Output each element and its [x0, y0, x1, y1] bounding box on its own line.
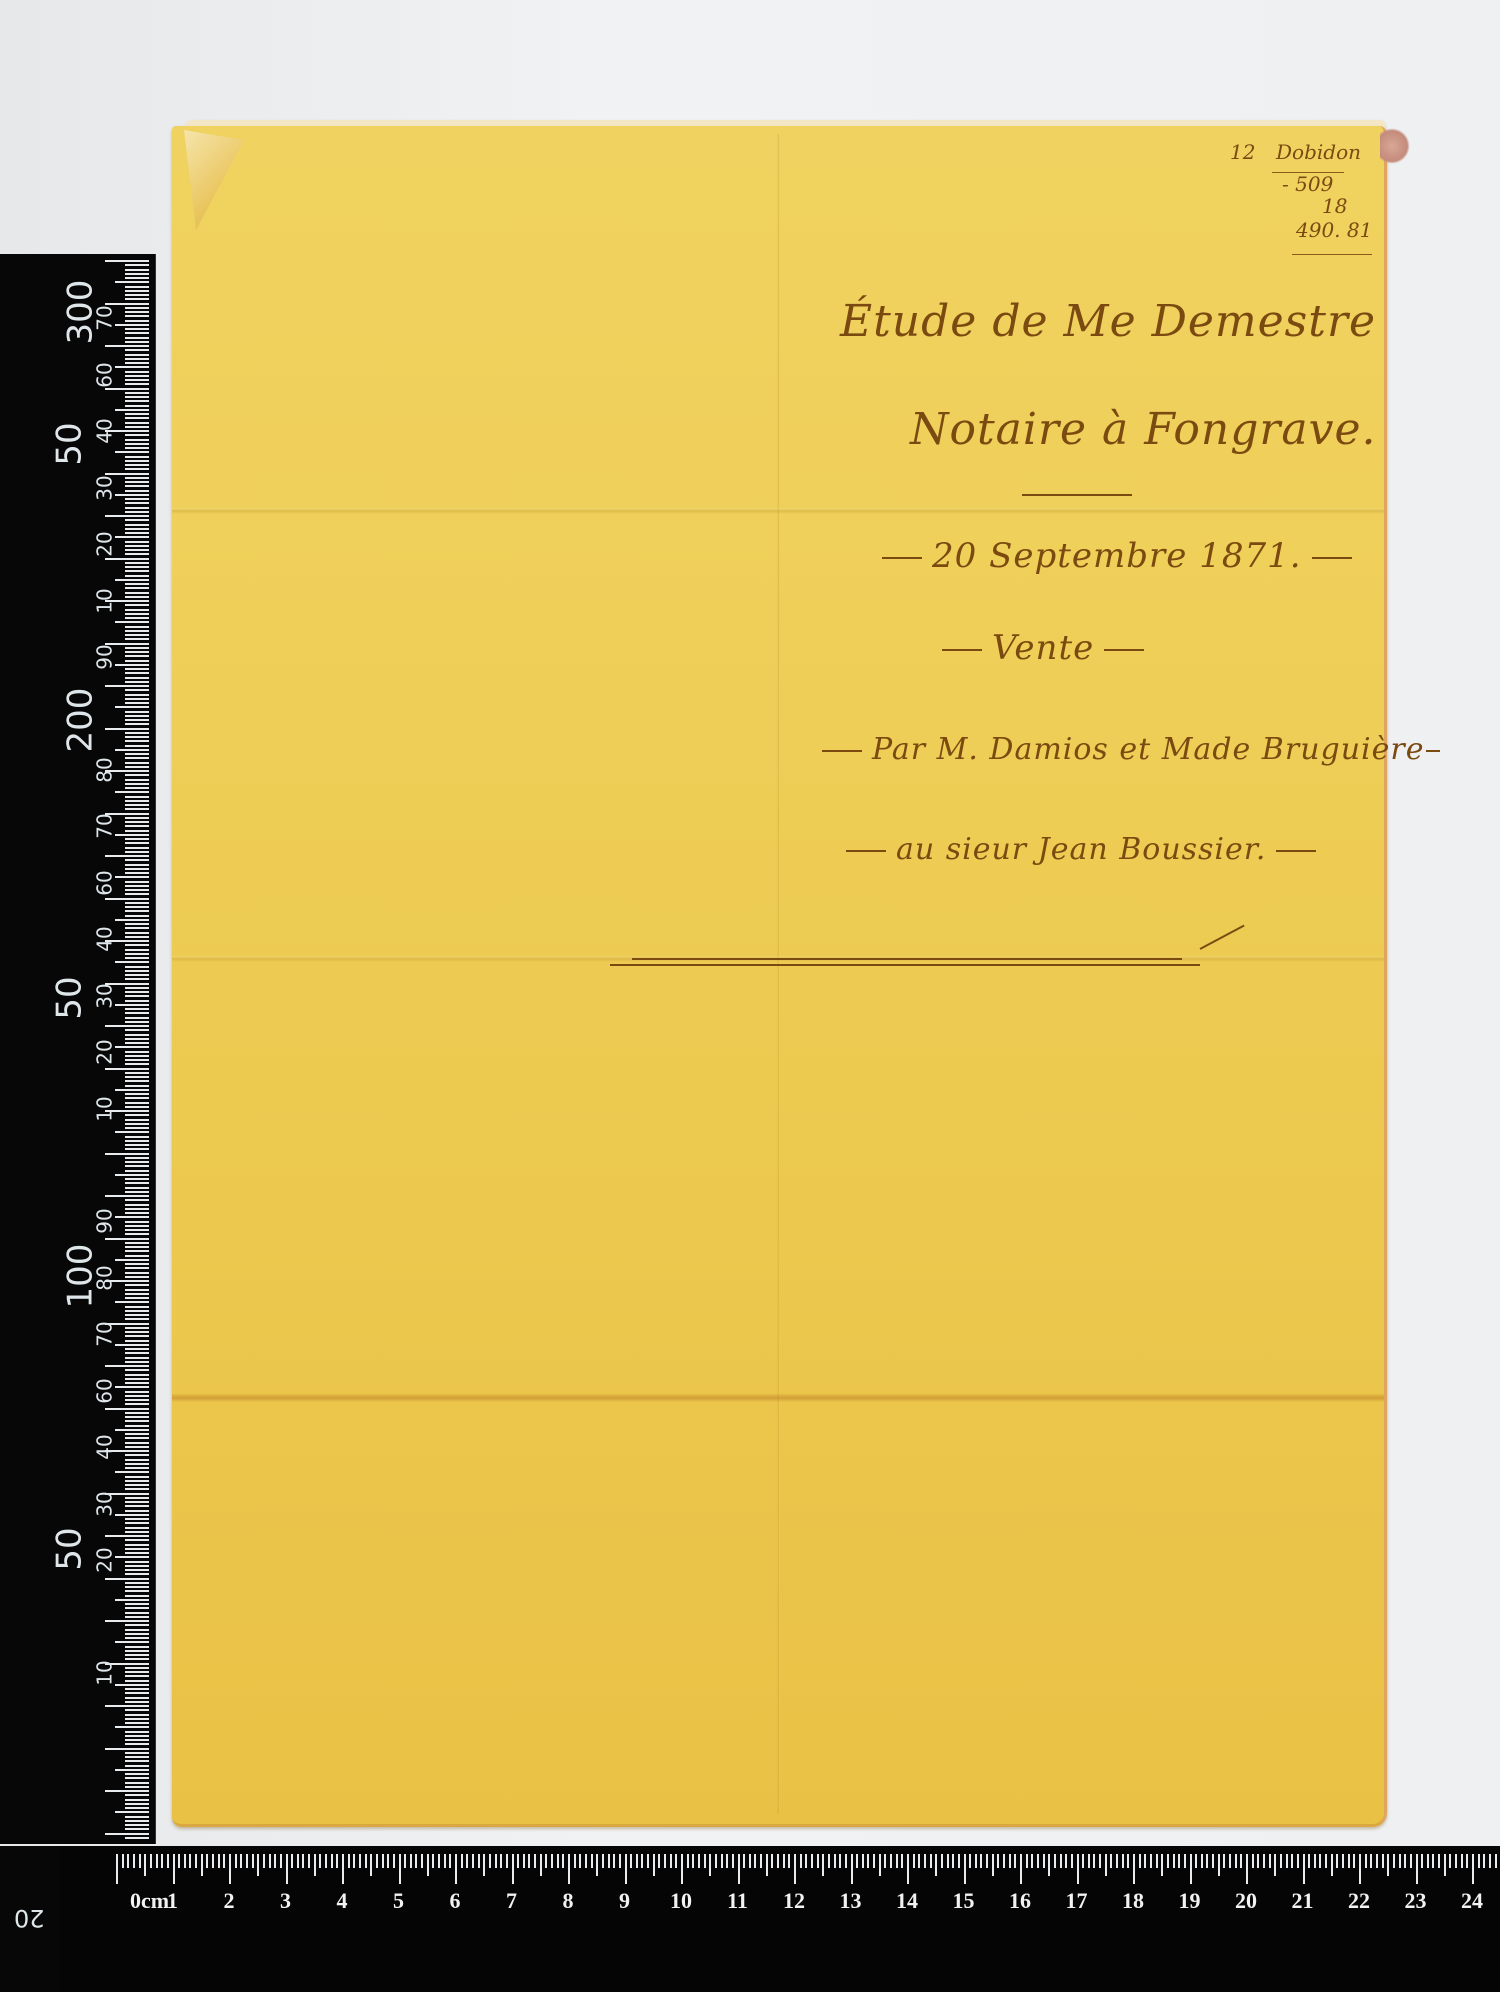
ruler-tick	[105, 1620, 149, 1622]
ruler-tick	[952, 1854, 954, 1868]
ruler-tick	[738, 1854, 740, 1884]
vertical-fold-line	[777, 134, 780, 1814]
ruler-tick	[125, 290, 149, 292]
ruler-tick	[201, 1854, 203, 1876]
ruler-tick	[1274, 1854, 1276, 1876]
ruler-tick	[125, 719, 149, 721]
sellers: Par M. Damios et Made Bruguière	[872, 732, 1424, 767]
dash	[942, 649, 982, 651]
ruler-tick	[125, 1221, 149, 1223]
ruler-tick	[1495, 1854, 1497, 1868]
ruler-tick	[1144, 1854, 1146, 1868]
ruler-tick	[156, 1854, 158, 1868]
ruler-tick	[125, 1722, 149, 1724]
ruler-tick	[125, 1539, 149, 1541]
ruler-tick	[125, 1565, 149, 1567]
ruler-tick	[636, 1854, 638, 1868]
ruler-tick	[195, 1854, 197, 1868]
ruler-tick	[125, 757, 149, 759]
ruler-minor-label: 60	[93, 362, 117, 387]
ruler-tick	[105, 855, 149, 857]
ruler-tick	[125, 995, 149, 997]
ruler-tick	[125, 1752, 149, 1754]
ruler-tick	[125, 779, 149, 781]
ruler-tick	[500, 1854, 502, 1868]
ruler-tick	[105, 728, 149, 730]
ruler-tick	[1263, 1854, 1265, 1868]
ruler-minor-label: 30	[93, 983, 117, 1008]
ruler-tick	[125, 604, 149, 606]
ruler-tick	[125, 1527, 149, 1529]
ruler-tick	[777, 1854, 779, 1868]
ruler-tick	[1269, 1854, 1271, 1868]
ruler-tick	[1404, 1854, 1406, 1868]
ruler-tick	[1432, 1854, 1434, 1868]
ruler-tick	[125, 830, 149, 832]
ruler-tick	[125, 1229, 149, 1231]
ruler-label: 5	[393, 1888, 404, 1914]
ruler-tick	[125, 957, 149, 959]
ruler-tick	[125, 1199, 149, 1201]
ruler-tick	[173, 1854, 175, 1884]
ruler-tick	[512, 1854, 514, 1884]
ruler-tick	[125, 562, 149, 564]
ruler-tick	[115, 664, 149, 666]
ruler-tick	[125, 443, 149, 445]
dash	[846, 850, 886, 852]
ruler-tick	[1246, 1854, 1248, 1884]
ruler-tick	[115, 1216, 149, 1218]
ruler-tick	[489, 1854, 491, 1868]
ruler-label: 21	[1292, 1888, 1314, 1914]
ruler-tick	[125, 524, 149, 526]
ruler-tick	[455, 1854, 457, 1884]
ruler-tick	[115, 749, 149, 751]
ruler-tick	[1190, 1854, 1192, 1884]
ruler-tick	[540, 1854, 542, 1876]
ruler-tick	[602, 1854, 604, 1868]
ruler-tick	[105, 685, 149, 687]
ruler-tick	[125, 1335, 149, 1337]
ruler-tick	[788, 1854, 790, 1868]
ruler-tick	[1139, 1854, 1141, 1868]
ruler-tick	[125, 277, 149, 279]
ruler-tick	[263, 1854, 265, 1868]
dash	[1104, 649, 1144, 651]
ruler-tick	[125, 511, 149, 513]
ruler-tick	[726, 1854, 728, 1868]
ruler-tick	[1184, 1854, 1186, 1868]
ruler-tick	[125, 1327, 149, 1329]
ruler-tick	[125, 842, 149, 844]
ruler-tick	[483, 1854, 485, 1876]
ruler-tick	[125, 800, 149, 802]
ruler-tick	[125, 825, 149, 827]
ruler-tick	[125, 1212, 149, 1214]
ruler-tick	[125, 872, 149, 874]
ruler-tick	[125, 1484, 149, 1486]
ruler-tick	[115, 1301, 149, 1303]
ruler-tick	[125, 545, 149, 547]
ruler-tick	[125, 477, 149, 479]
ruler-tick	[478, 1854, 480, 1868]
ruler-label: 10	[670, 1888, 692, 1914]
dash	[882, 557, 922, 559]
ruler-tick	[125, 970, 149, 972]
ruler-tick	[125, 1501, 149, 1503]
ruler-tick	[692, 1854, 694, 1868]
ruler-tick	[115, 579, 149, 581]
ruler-tick	[1280, 1854, 1282, 1868]
ruler-tick	[218, 1854, 220, 1868]
ruler-tick	[125, 583, 149, 585]
dash	[822, 750, 862, 752]
ruler-tick	[125, 1093, 149, 1095]
ruler-tick	[125, 1595, 149, 1597]
ruler-tick	[1014, 1854, 1016, 1868]
ruler-tick	[125, 1127, 149, 1129]
ruler-tick	[125, 1369, 149, 1371]
ruler-tick	[115, 1259, 149, 1261]
ruler-tick	[125, 1828, 149, 1830]
ruler-tick	[125, 638, 149, 640]
ruler-tick	[771, 1854, 773, 1868]
ruler-tick	[817, 1854, 819, 1868]
ruler-tick	[125, 766, 149, 768]
ruler-tick	[125, 1688, 149, 1690]
ruler-tick	[125, 851, 149, 853]
ruler-tick	[1229, 1854, 1231, 1868]
ruler-tick	[647, 1854, 649, 1868]
ruler-tick	[125, 1119, 149, 1121]
ruler-tick	[125, 1480, 149, 1482]
ruler-tick	[125, 808, 149, 810]
ruler-tick	[653, 1854, 655, 1876]
ruler-tick	[115, 1004, 149, 1006]
ruler-tick	[427, 1854, 429, 1876]
buyer-line: au sieur Jean Boussier.	[836, 832, 1326, 867]
ruler-tick	[975, 1854, 977, 1868]
ruler-tick	[1444, 1854, 1446, 1876]
ruler-tick	[805, 1854, 807, 1868]
ruler-tick	[125, 1731, 149, 1733]
ruler-tick	[125, 1106, 149, 1108]
ruler-tick	[122, 1854, 124, 1868]
ruler-tick	[641, 1854, 643, 1868]
ruler-tick	[125, 868, 149, 870]
ruler-tick	[125, 1463, 149, 1465]
ruler-tick	[986, 1854, 988, 1868]
ruler-tick	[125, 566, 149, 568]
ruler-tick	[125, 1650, 149, 1652]
ruler-tick	[783, 1854, 785, 1868]
ruler-minor-label: 90	[93, 1208, 117, 1233]
ruler-tick	[125, 349, 149, 351]
ruler-tick	[125, 341, 149, 343]
ruler-tick	[1195, 1854, 1197, 1868]
ruler-tick	[941, 1854, 943, 1868]
ruler-tick	[105, 1535, 149, 1537]
ruler-tick	[1325, 1854, 1327, 1868]
ruler-label: 18	[1122, 1888, 1144, 1914]
ruler-tick	[1099, 1854, 1101, 1868]
ruler-tick	[105, 1153, 149, 1155]
ruler-tick	[901, 1854, 903, 1868]
ruler-tick	[1116, 1854, 1118, 1868]
ruler-tick	[557, 1854, 559, 1868]
ruler-tick	[125, 927, 149, 929]
ruler-tick	[856, 1854, 858, 1868]
ruler-tick	[115, 1471, 149, 1473]
ruler-tick	[125, 298, 149, 300]
ruler-tick	[133, 1854, 135, 1868]
ruler-tick	[387, 1854, 389, 1868]
ruler-tick	[125, 426, 149, 428]
ruler-tick	[461, 1854, 463, 1868]
heading-line-2: Notaire à Fongrave.	[910, 404, 1377, 455]
ruler-tick	[125, 1786, 149, 1788]
ruler-tick	[1178, 1854, 1180, 1868]
ruler-tick	[105, 1578, 149, 1580]
ruler-tick	[125, 575, 149, 577]
ruler-tick	[1088, 1854, 1090, 1868]
ruler-tick	[125, 1586, 149, 1588]
ruler-tick	[125, 902, 149, 904]
ruler-tick	[105, 1833, 149, 1835]
ruler-tick	[125, 787, 149, 789]
ruler-tick	[528, 1854, 530, 1868]
ruler-tick	[1365, 1854, 1367, 1868]
ruler-tick	[125, 1293, 149, 1295]
ruler-tick	[918, 1854, 920, 1868]
ruler-tick	[800, 1854, 802, 1868]
ruler-tick	[125, 1561, 149, 1563]
ruler-tick	[1093, 1854, 1095, 1868]
ruler-tick	[252, 1854, 254, 1868]
ruler-tick	[115, 1641, 149, 1643]
ruler-tick	[178, 1854, 180, 1868]
ruler-tick	[257, 1854, 259, 1876]
ruler-tick	[125, 1374, 149, 1376]
ruler-tick	[125, 745, 149, 747]
ruler-tick	[125, 1633, 149, 1635]
ruler-tick	[125, 1161, 149, 1163]
ruler-tick	[125, 1284, 149, 1286]
ruler-tick	[125, 439, 149, 441]
ruler-tick	[115, 451, 149, 453]
ruler-tick	[125, 1378, 149, 1380]
ruler-tick	[980, 1854, 982, 1868]
ruler-tick	[1410, 1854, 1412, 1868]
ruler-tick	[709, 1854, 711, 1876]
ruler-tick	[125, 1824, 149, 1826]
ruler-minor-label: 70	[93, 813, 117, 838]
ruler-tick	[125, 481, 149, 483]
ruler-tick	[125, 1416, 149, 1418]
ruler-tick	[562, 1854, 564, 1868]
ruler-tick	[523, 1854, 525, 1868]
ruler-tick	[125, 273, 149, 275]
ruler-tick	[125, 672, 149, 674]
ruler-minor-label: 70	[93, 1321, 117, 1346]
ruler-tick	[125, 1820, 149, 1822]
ruler-tick	[125, 1085, 149, 1087]
ruler-tick	[125, 1382, 149, 1384]
ruler-tick	[1297, 1854, 1299, 1868]
ruler-tick	[125, 634, 149, 636]
ruler-label: 15	[953, 1888, 975, 1914]
ruler-tick	[1286, 1854, 1288, 1868]
ruler-tick	[125, 456, 149, 458]
ruler-tick	[115, 1046, 149, 1048]
dash	[1426, 750, 1440, 752]
ruler-tick	[125, 354, 149, 356]
ruler-tick	[947, 1854, 949, 1868]
ruler-tick	[342, 1854, 344, 1884]
ruler-tick	[1387, 1854, 1389, 1876]
ruler-tick	[444, 1854, 446, 1868]
ruler-tick	[822, 1854, 824, 1876]
ruler-label: 14	[896, 1888, 918, 1914]
ruler-tick	[125, 1488, 149, 1490]
ruler-tick	[1461, 1854, 1463, 1868]
ruler-tick	[125, 507, 149, 509]
ruler-tick	[1167, 1854, 1169, 1868]
reference-name: Dobidon	[1276, 140, 1361, 164]
ruler-tick	[125, 1667, 149, 1669]
ruler-minor-label: 60	[93, 870, 117, 895]
ruler-tick	[125, 1051, 149, 1053]
ruler-tick	[125, 328, 149, 330]
ruler-tick	[997, 1854, 999, 1868]
ruler-tick	[297, 1854, 299, 1868]
ruler-tick	[125, 311, 149, 313]
ruler-tick	[105, 515, 149, 517]
ruler-tick	[1257, 1854, 1259, 1868]
ruler-tick	[749, 1854, 751, 1868]
ruler-tick	[125, 944, 149, 946]
ruler-tick	[105, 1025, 149, 1027]
ruler-tick	[105, 303, 149, 305]
ruler-tick	[115, 1726, 149, 1728]
ruler-tick	[125, 668, 149, 670]
ruler-tick	[125, 1097, 149, 1099]
ruler-tick	[105, 1408, 149, 1410]
ruler-tick	[125, 315, 149, 317]
ruler-tick	[125, 1233, 149, 1235]
ruler-tick	[125, 1548, 149, 1550]
ruler-tick	[125, 1272, 149, 1274]
ruler-tick	[125, 1021, 149, 1023]
ruler-tick	[125, 592, 149, 594]
ruler-tick	[404, 1854, 406, 1868]
ruler-tick	[421, 1854, 423, 1868]
ruler-tick	[125, 1170, 149, 1172]
ruler-tick	[115, 1684, 149, 1686]
ruler-tick	[115, 1811, 149, 1813]
ruler-tick	[125, 528, 149, 530]
ruler-tick	[115, 324, 149, 326]
ruler-tick	[125, 1714, 149, 1716]
ruler-tick	[568, 1854, 570, 1884]
ruler-tick	[1421, 1854, 1423, 1868]
ruler-tick	[125, 1267, 149, 1269]
ruler-tick	[125, 1182, 149, 1184]
ruler-tick	[125, 1446, 149, 1448]
ruler-tick	[125, 1467, 149, 1469]
ruler-tick	[125, 953, 149, 955]
date-line: 20 Septembre 1871.	[872, 536, 1362, 576]
vertical-ruler: 3005020050100507060403020109080706040302…	[0, 254, 156, 1844]
ruler-tick	[125, 1522, 149, 1524]
ruler-tick	[125, 422, 149, 424]
ruler-tick	[223, 1854, 225, 1868]
ruler-tick	[125, 723, 149, 725]
ruler-tick	[664, 1854, 666, 1868]
ruler-tick	[125, 375, 149, 377]
ruler-tick	[206, 1854, 208, 1868]
ruler-tick	[115, 621, 149, 623]
ruler-tick	[125, 1072, 149, 1074]
ruler-tick	[115, 1599, 149, 1601]
ruler-tick	[1020, 1854, 1022, 1884]
ruler-tick	[670, 1854, 672, 1868]
ruler-tick	[125, 626, 149, 628]
ruler-label: 1	[167, 1888, 178, 1914]
ruler-tick	[1150, 1854, 1152, 1868]
ruler-tick	[125, 1573, 149, 1575]
ruler-tick	[125, 532, 149, 534]
ruler-tick	[125, 736, 149, 738]
ruler-tick	[125, 774, 149, 776]
ruler-label: 6	[450, 1888, 461, 1914]
ruler-tick	[1122, 1854, 1124, 1868]
ruler-tick	[125, 1144, 149, 1146]
ruler-tick	[125, 1225, 149, 1227]
ruler-tick	[811, 1854, 813, 1868]
ruler-tick	[125, 1263, 149, 1265]
ruler-tick	[125, 1760, 149, 1762]
ruler-tick	[235, 1854, 237, 1868]
reference-number: 12	[1230, 140, 1255, 164]
ruler-tick	[125, 413, 149, 415]
ruler-tick	[125, 677, 149, 679]
ruler-tick	[1336, 1854, 1338, 1868]
ruler-tick	[280, 1854, 282, 1868]
ruler-tick	[687, 1854, 689, 1868]
ruler-tick	[269, 1854, 271, 1868]
ruler-tick	[125, 1136, 149, 1138]
ruler-tick	[125, 1616, 149, 1618]
ruler-label: 13	[840, 1888, 862, 1914]
ruler-tick	[1127, 1854, 1129, 1868]
ruler-tick	[184, 1854, 186, 1868]
ruler-tick	[1393, 1854, 1395, 1868]
horizontal-ruler: 0cm 123456789101112131415161718192021222…	[60, 1846, 1500, 1992]
ruler-tick	[1331, 1854, 1333, 1876]
ruler-tick	[115, 366, 149, 368]
ruler-tick	[125, 1310, 149, 1312]
ruler-tick	[125, 1675, 149, 1677]
reference-total-underline	[1292, 254, 1372, 255]
ruler-minor-label: 10	[93, 1096, 117, 1121]
ruler-tick	[125, 613, 149, 615]
ruler-tick	[1291, 1854, 1293, 1868]
ruler-tick	[115, 1131, 149, 1133]
ruler-tick	[845, 1854, 847, 1868]
ruler-tick	[115, 1556, 149, 1558]
ruler-tick	[125, 689, 149, 691]
